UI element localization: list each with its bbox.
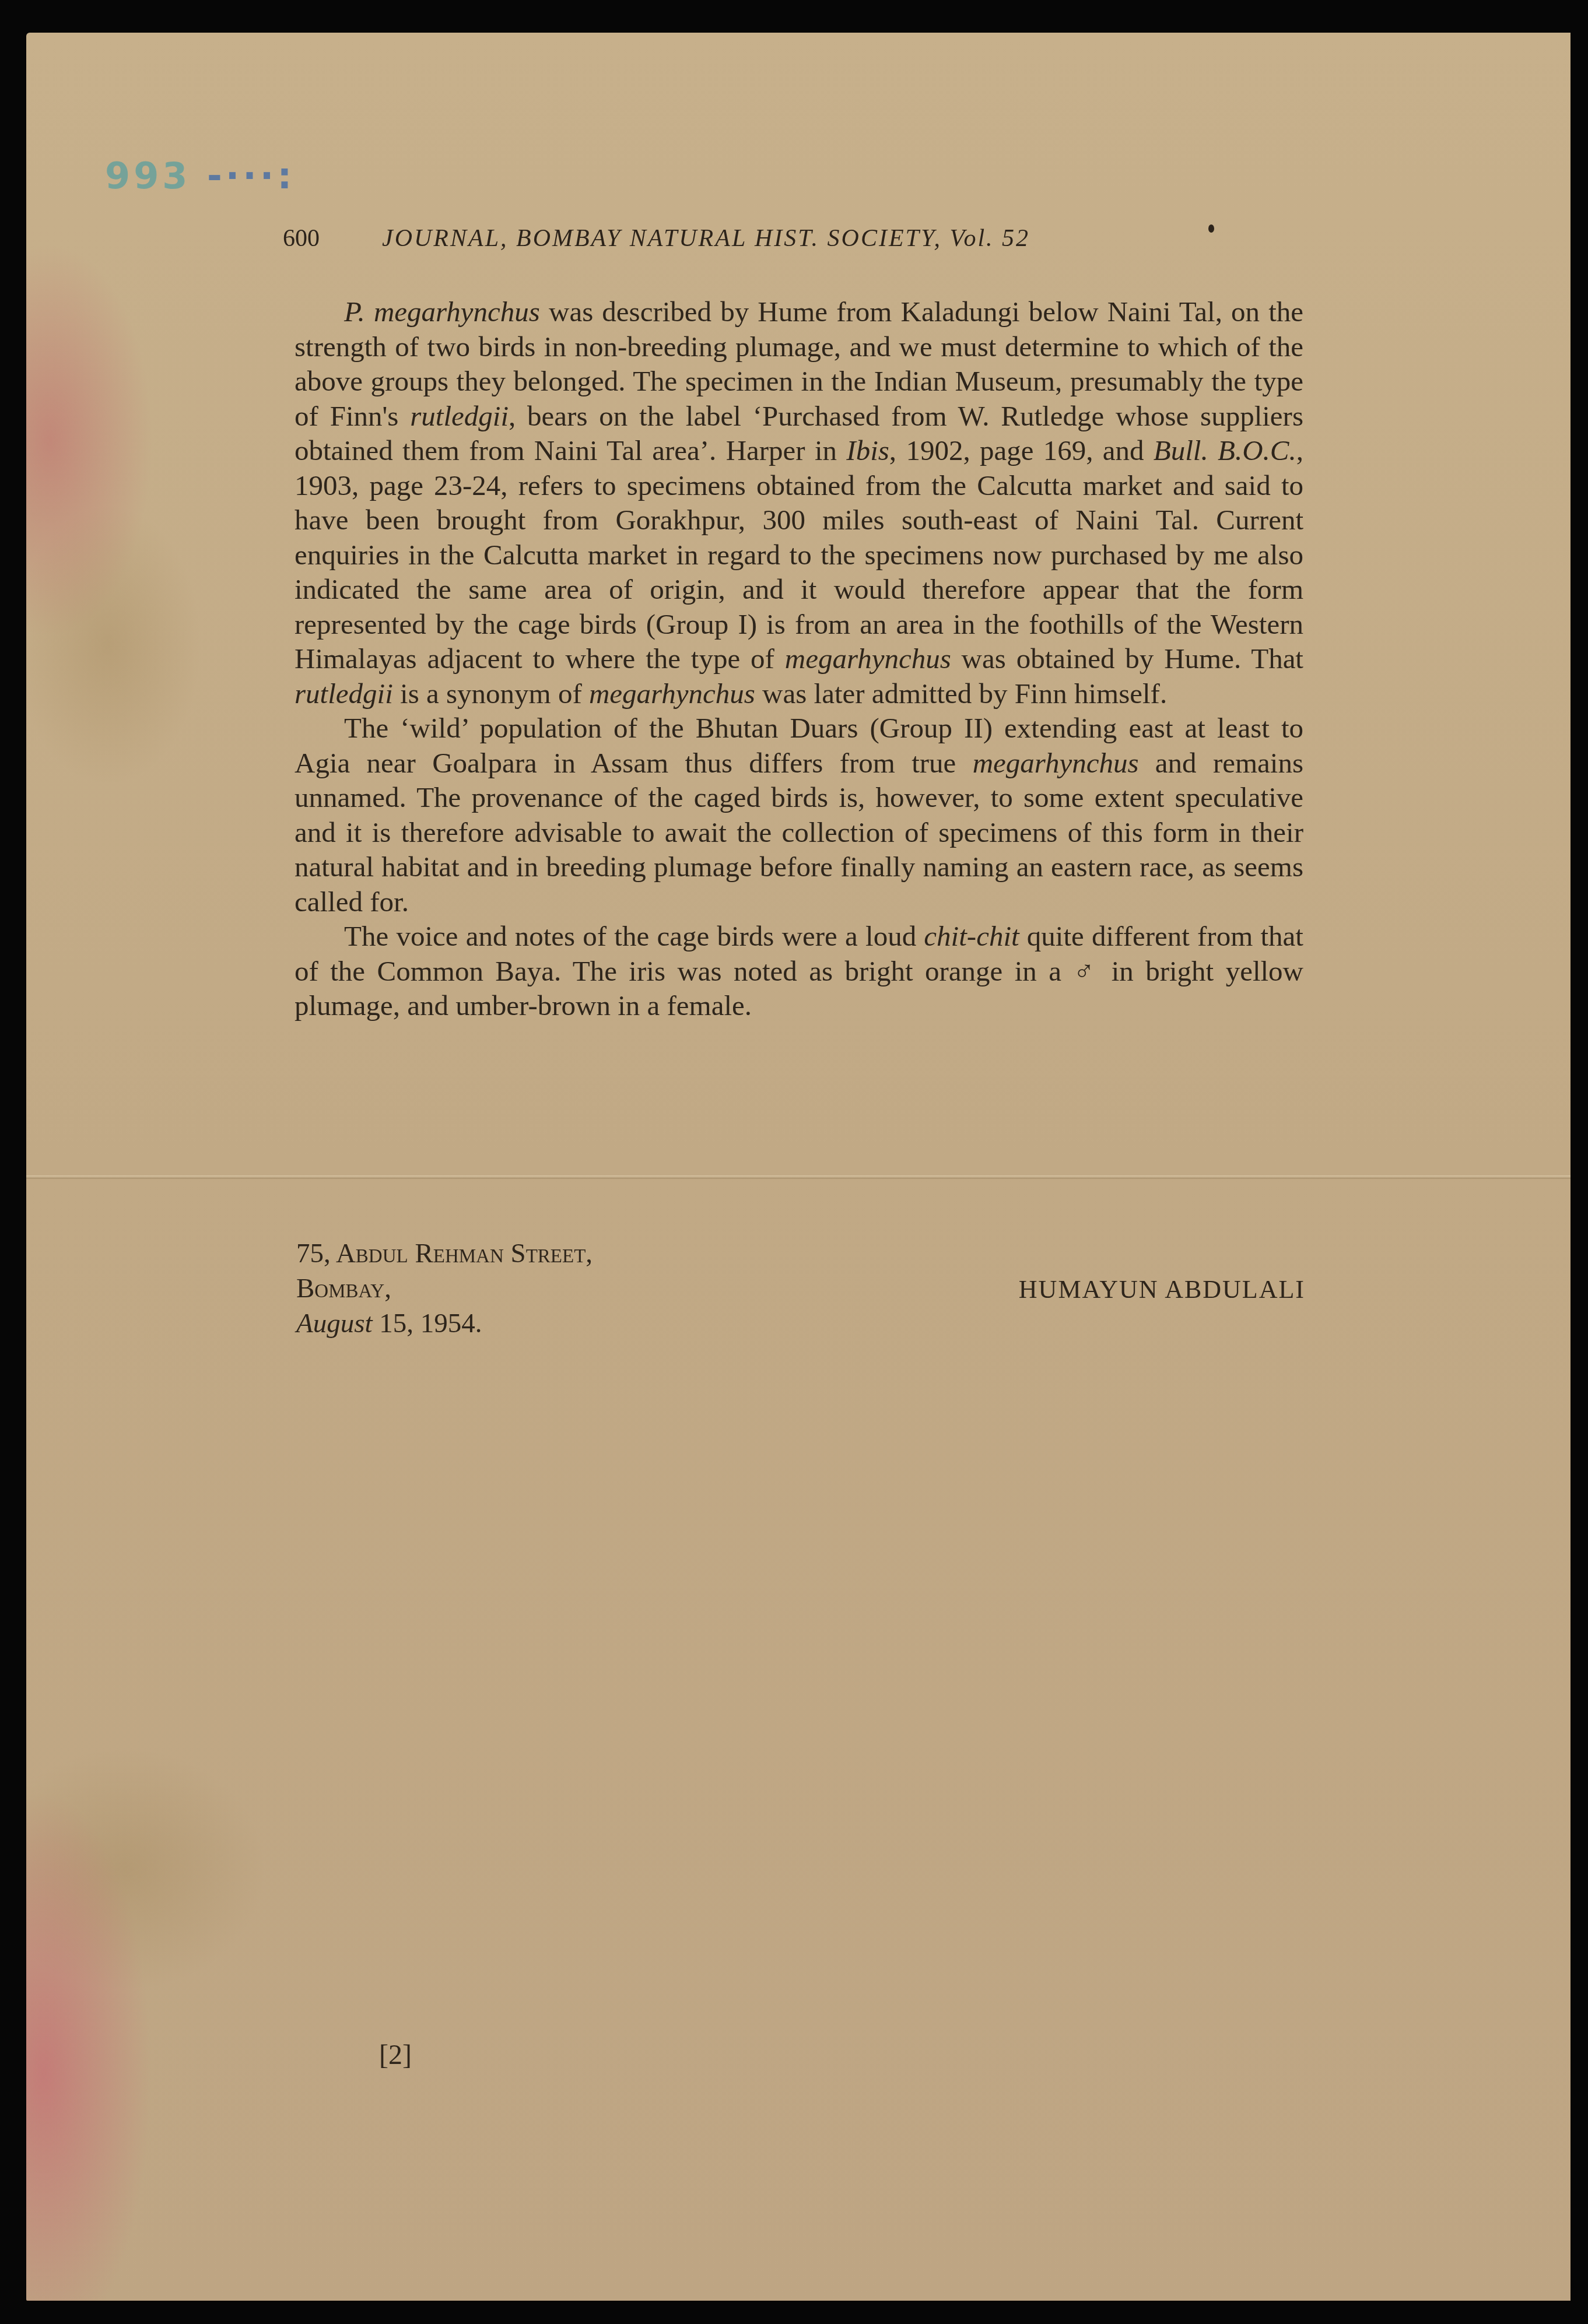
text-run: , 1903, page 23-24, refers to specimens … (295, 434, 1303, 675)
date-month: August (296, 1308, 373, 1339)
stamp-marks: -···: (207, 155, 295, 197)
ink-stamp: 993 -···: (105, 155, 295, 197)
text-run: , 1902, page 169, and (889, 434, 1154, 466)
ink-dot (1208, 224, 1214, 233)
address-street: 75, Abdul Rehman Street, (296, 1236, 593, 1271)
signoff-block: 75, Abdul Rehman Street, Bombay, August … (296, 1236, 1305, 1353)
page-marker: [2] (379, 2039, 412, 2071)
date-line: August 15, 1954. (296, 1306, 593, 1341)
article-body: P. megarhynchus was described by Hume fr… (295, 294, 1303, 1023)
paragraph: P. megarhynchus was described by Hume fr… (295, 294, 1303, 711)
paragraph: The ‘wild’ population of the Bhutan Duar… (295, 711, 1303, 919)
address-block: 75, Abdul Rehman Street, Bombay, August … (296, 1236, 593, 1341)
page-number: 600 (283, 224, 320, 252)
italic-term: megarhynchus (973, 747, 1139, 779)
italic-term: rutledgii (410, 400, 509, 432)
text-run: The voice and notes of the cage birds we… (344, 920, 924, 952)
author-name: HUMAYUN ABDULALI (1019, 1272, 1305, 1307)
italic-term: rutledgii (295, 677, 393, 710)
italic-term: megarhynchus (785, 643, 951, 675)
text-run: is a synonym of (393, 677, 589, 710)
italic-term: P. megarhynchus (344, 296, 540, 328)
italic-term: chit-chit (924, 920, 1019, 952)
date-day-year: 15, 1954. (373, 1308, 482, 1339)
stamp-number: 993 (105, 155, 191, 197)
page-header: 600 JOURNAL, BOMBAY NATURAL HIST. SOCIET… (283, 224, 1333, 265)
running-title: JOURNAL, BOMBAY NATURAL HIST. SOCIETY, V… (382, 224, 1030, 252)
text-run: was obtained by Hume. That (951, 643, 1303, 675)
text-run: was later admitted by Finn himself. (755, 677, 1167, 710)
paper-fold-crease (26, 1175, 1571, 1179)
address-city: Bombay, (296, 1271, 593, 1306)
italic-term: Bull. B.O.C. (1154, 434, 1296, 466)
paragraph: The voice and notes of the cage birds we… (295, 919, 1303, 1023)
italic-term: Ibis (846, 434, 889, 466)
italic-term: megarhynchus (589, 677, 755, 710)
